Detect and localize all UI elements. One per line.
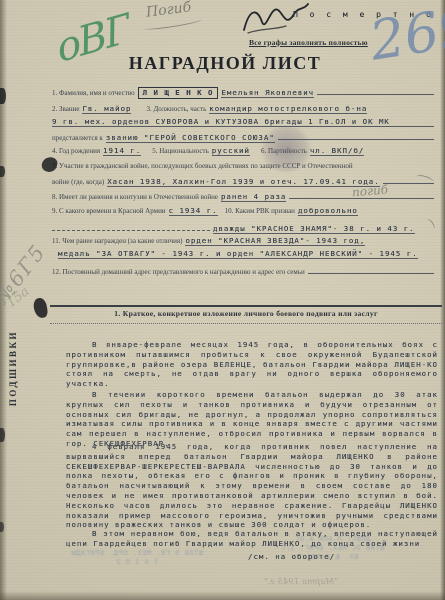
- field-4-label: 4. Год рождения: [52, 147, 100, 155]
- section-rule-top: [50, 305, 442, 307]
- page-bottom-edge: [0, 591, 445, 600]
- field-12-row: 12. Постоянный домашний адрес представля…: [52, 265, 434, 276]
- section-heading: 1. Краткое, конкретное изложение личного…: [66, 309, 426, 318]
- bleed-through-stamp-left: ШТАБ 9 ГВ. МЕХ. ОРД. БРИГАДЫ 7 А 1 О 2: [52, 549, 222, 567]
- field-10-label: 10. Каким РВК призван: [225, 207, 295, 215]
- field-9-label: 9. С какого времени в Красной Армии: [52, 207, 166, 215]
- document-title: НАГРАДНОЙ ЛИСТ: [125, 53, 325, 74]
- service-since-value: с 1934 г.: [169, 206, 218, 216]
- page-right-edge: [440, 0, 445, 600]
- field-9-10-row: 9. С какого времени в Красной Армии с 19…: [52, 206, 434, 216]
- citation-paragraph-4: В этом неравном бою, ведя батальон в ата…: [66, 529, 438, 549]
- edge-ink-blob: [0, 166, 5, 177]
- red-star-award-value: орден "КРАСНАЯ ЗВЕЗДА"- 1943 год,: [185, 236, 365, 246]
- field-unit-row: 9 гв. мех. орденов СУВОРОВА и КУТУЗОВА б…: [52, 117, 434, 127]
- field-11-label: 11. Чем ранее награжден (за какие отличи…: [52, 237, 182, 245]
- edge-ink-blob: [0, 428, 5, 442]
- citation-paragraph-3: 4 февраля 1945 года, когда противник пов…: [66, 442, 438, 530]
- edge-ink-blob: [0, 88, 6, 104]
- field-rank-position-row: 2. Звание Гв. майор 3. Должность, часть …: [52, 104, 434, 114]
- rule-filler: [317, 86, 434, 95]
- award-sheet-scan: ШТАБ 9 ГВ. МЕХ. ОРД. БРИГАДЫ 7 А 1 О 2 Д…: [0, 0, 445, 600]
- field-2-label: 2. Звание: [52, 105, 79, 113]
- wounds-value: ранен 4 раза: [221, 192, 286, 202]
- field-1-label: 1. Фамилия, имя и отчество: [52, 89, 135, 97]
- vertical-filing-stamp: ПОДШИВКИ: [8, 330, 18, 406]
- citation-paragraph-1: В январе-феврале месяцах 1945 года, в об…: [66, 340, 438, 389]
- ink-blot: [32, 297, 48, 319]
- dashed-leader: [52, 222, 210, 231]
- given-name: Емельян Яковлевич: [221, 88, 314, 98]
- citation-paragraph-2: В течении короткого времени батальон выд…: [66, 390, 438, 449]
- hero-title-value: званию "ГЕРОЙ СОВЕТСКОГО СОЮЗА": [106, 133, 275, 143]
- bleed-through-date: "Марта 1945 г.": [246, 577, 356, 587]
- field-11-row: 11. Чем ранее награжден (за какие отличи…: [52, 236, 434, 246]
- green-ink-mark: оВГ: [53, 6, 132, 72]
- round-stamp-smudge: [258, 126, 314, 172]
- blank-rule: [308, 265, 434, 274]
- field-birth-nation-party-row: 4. Год рождения 1914 г. 5. Национальност…: [52, 146, 434, 156]
- campaigns-value: Хасан 1938, Халхин-Гол 1939 и отеч. 17.0…: [107, 177, 379, 187]
- edge-ink-blob: [0, 522, 4, 532]
- unit-value: 9 гв. мех. орденов СУВОРОВА и КУТУЗОВА б…: [52, 117, 434, 127]
- birth-year-value: 1914 г.: [103, 146, 141, 156]
- surname-boxed: Л И Щ Е Н К О: [138, 87, 219, 99]
- registry-number-handwritten: 269: [366, 0, 445, 73]
- drafted-by-value: добровольно: [298, 206, 358, 216]
- field-12-label: 12. Постоянный домашний адрес представля…: [52, 268, 305, 276]
- presented-for-label: представляется к: [52, 134, 103, 142]
- field-5-label: 5. Национальность: [152, 147, 209, 155]
- section-rule-bottom: [50, 323, 442, 324]
- handwritten-note-killed: Погиб: [145, 0, 192, 21]
- prior-awards-extra-row: дважды "КРАСНОЕ ЗНАМЯ"- 38 г. и 43 г.: [52, 222, 434, 234]
- field-11-continued-row: медаль "ЗА ОТВАГУ" - 1943 г. и орден "АЛ…: [58, 249, 434, 259]
- field-8-label: 8. Имеет ли ранения и контузии в Отечест…: [52, 193, 218, 201]
- fill-instruction: Все графы заполнять полностью: [249, 38, 368, 47]
- field-award-title-row: представляется к званию "ГЕРОЙ СОВЕТСКОГ…: [52, 131, 434, 143]
- field-7-label-row: 7. Участие в гражданской войне, последую…: [52, 162, 434, 170]
- red-banner-awards-value: дважды "КРАСНОЕ ЗНАМЯ"- 38 г. и 43 г.: [213, 224, 415, 234]
- field-7-label2: войне (где, когда): [52, 178, 104, 186]
- field-3-label: 3. Должность, часть: [146, 105, 206, 113]
- rank-value: Гв. майор: [82, 104, 131, 114]
- nationality-value: русский: [212, 146, 250, 156]
- field-name-row: 1. Фамилия, имя и отчество Л И Щ Е Н К О…: [52, 86, 434, 99]
- party-value: чл. ВКП/б/: [310, 146, 365, 156]
- see-reverse-note: /см. на обороте/: [248, 552, 335, 561]
- position-value: командир мотострелкового б-на: [209, 104, 367, 114]
- other-awards-value: медаль "ЗА ОТВАГУ" - 1943 г. и орден "АЛ…: [58, 249, 418, 259]
- ink-blot: [40, 155, 58, 173]
